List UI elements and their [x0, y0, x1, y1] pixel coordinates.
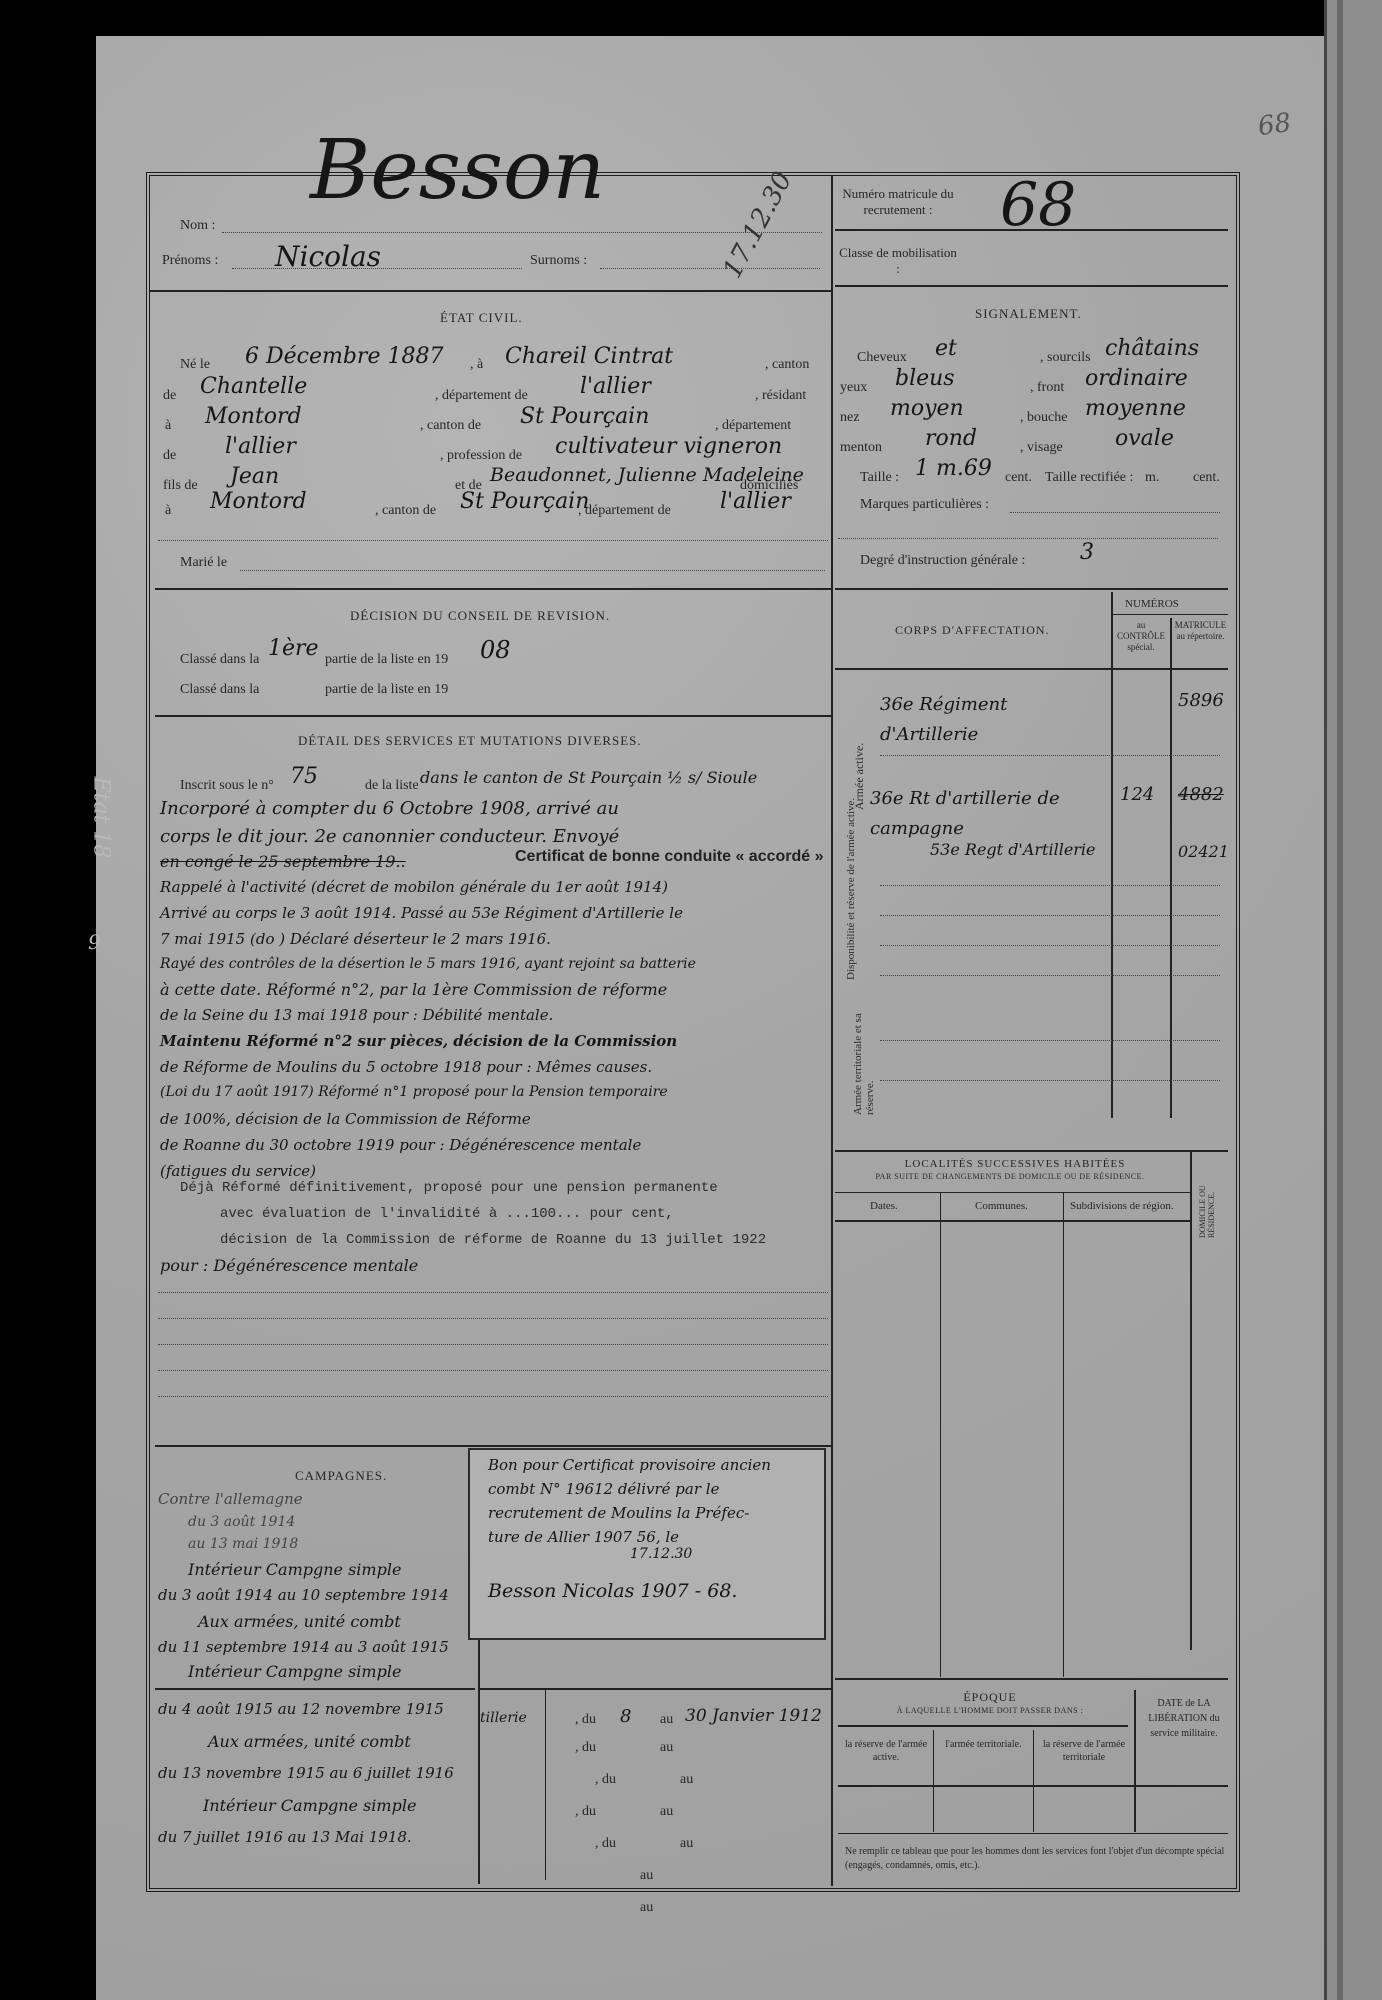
birth-departement-value: l'allier [580, 374, 651, 399]
classe2-mid-label: partie de la liste en 19 [325, 682, 448, 698]
localites-subtitle: PAR SUITE DE CHANGEMENTS DE DOMICILE OU … [845, 1172, 1175, 1181]
matricule-col-label: MATRICULE au répertoire. [1173, 620, 1228, 642]
du-label: , du [595, 1772, 616, 1788]
surname-label: Nom : [180, 218, 215, 234]
campagne-line: Aux armées, unité combt [198, 1612, 401, 1631]
controle-entry: 124 [1120, 784, 1154, 805]
au-label: au [660, 1804, 673, 1820]
surname-value: Besson [310, 130, 605, 212]
eyebrows-label: , sourcils [1040, 350, 1091, 366]
nose-label: nez [840, 410, 859, 426]
nicknames-label: Surnoms : [530, 253, 587, 269]
certificate-note-box: Bon pour Certificat provisoire ancien co… [468, 1448, 826, 1640]
conseil-title: DÉCISION DU CONSEIL DE REVISION. [350, 608, 610, 624]
campagne-line: du 11 septembre 1914 au 3 août 1915 [158, 1638, 449, 1656]
service-line: Incorporé à compter du 6 Octobre 1908, a… [160, 798, 619, 819]
au-label: au [640, 1900, 653, 1916]
periode-du-value: 8 [620, 1706, 631, 1727]
birth-place-value: Chareil Cintrat [505, 344, 673, 369]
residant-label: , résidant [755, 388, 806, 404]
au-label: au [680, 1836, 693, 1852]
localites-col-subdivisions: Subdivisions de région. [1070, 1200, 1174, 1212]
eyebrows-value: châtains [1105, 336, 1199, 361]
campagne-line: du 3 août 1914 [188, 1514, 295, 1530]
section-disponibilite: Disponibilité et réserve de l'armée acti… [845, 790, 857, 980]
note-line: combt N° 19612 délivré par le [488, 1480, 719, 1498]
classe-label: Classe de mobilisation : [838, 245, 958, 277]
education-label: Degré d'instruction générale : [860, 553, 1025, 569]
departement3-label: , département de [578, 503, 671, 519]
inscrit-value: 75 [290, 764, 318, 789]
services-title: DÉTAIL DES SERVICES ET MUTATIONS DIVERSE… [298, 733, 642, 749]
cent-label: cent. [1005, 470, 1032, 486]
epoque-col-territoriale: l'armée territoriale. [936, 1738, 1031, 1751]
birth-place-label: , à [470, 357, 483, 373]
note-line: Besson Nicolas 1907 - 68. [488, 1580, 737, 1602]
eyes-value: bleus [895, 366, 955, 391]
m-label: m. [1145, 470, 1159, 486]
adjacent-page-edge [1324, 0, 1382, 2000]
liste-label: de la liste [365, 778, 419, 794]
service-line: Arrivé au corps le 3 août 1914. Passé au… [160, 904, 683, 922]
section-territoriale: Armée territoriale et sa réserve. [852, 1000, 876, 1115]
canton-label: , canton [765, 357, 809, 373]
marks-label: Marques particulières : [860, 497, 989, 513]
height-value: 1 m.69 [915, 456, 992, 481]
father-value: Jean [230, 464, 279, 489]
inscrit-label: Inscrit sous le n° [180, 778, 274, 794]
profession-label: , profession de [440, 448, 522, 464]
de-label: de [163, 388, 176, 404]
chin-label: menton [840, 440, 882, 456]
residence-departement-value: l'allier [225, 434, 296, 459]
epoque-footnote: Ne remplir ce tableau que pour les homme… [845, 1845, 1225, 1873]
certificat-stamp: Certificat de bonne conduite « accordé » [515, 848, 824, 866]
classe1-mid-label: partie de la liste en 19 [325, 652, 448, 668]
controle-col-label: au CONTRÔLE spécial. [1114, 620, 1168, 653]
birth-canton-value: Chantelle [200, 374, 307, 399]
corps-entry: 36e Rt d'artillerie de campagne [870, 784, 1100, 844]
mouth-label: , bouche [1020, 410, 1067, 426]
hair-label: Cheveux [857, 350, 907, 366]
note-line: Bon pour Certificat provisoire ancien [488, 1456, 771, 1474]
matricule-label: Numéro matricule du recrutement : [838, 186, 958, 218]
departement2-label: , département [715, 418, 791, 434]
campagne-line: Intérieur Campgne simple [203, 1796, 416, 1815]
epoque-title: ÉPOQUE [840, 1690, 1140, 1705]
departement-label: , département de [435, 388, 528, 404]
note-line: recrutement de Moulins la Préfec- [488, 1504, 749, 1522]
epoque-col-reserve-active: la réserve de l'armée active. [840, 1738, 932, 1764]
canton3-label: , canton de [375, 503, 436, 519]
service-line: à cette date. Réformé n°2, par la 1ère C… [160, 980, 667, 999]
forehead-label: , front [1030, 380, 1064, 396]
profession-value: cultivateur vigneron [555, 434, 782, 459]
reforme-stamp-line: pour : Dégénérescence mentale [160, 1256, 418, 1275]
born-label: Né le [180, 357, 210, 373]
service-line: de Réforme de Moulins du 5 octobre 1918 … [160, 1058, 652, 1076]
periode-corps: tillerie [480, 1710, 527, 1726]
parents-domicile-value: Montord [210, 489, 307, 514]
campagne-line: du 13 novembre 1915 au 6 juillet 1916 [158, 1764, 454, 1782]
reforme-stamp-line: avec évaluation de l'invalidité à ...100… [220, 1206, 674, 1222]
corner-note: 68 [1256, 108, 1293, 142]
canton2-label: , canton de [420, 418, 481, 434]
etat-civil-title: ÉTAT CIVIL. [440, 310, 523, 326]
eyes-label: yeux [840, 380, 867, 396]
first-names-label: Prénoms : [162, 253, 218, 269]
service-line: de 100%, décision de la Commission de Ré… [160, 1110, 531, 1128]
matricule-entry: 5896 [1178, 690, 1224, 711]
campagne-line: du 7 juillet 1916 au 13 Mai 1918. [158, 1828, 412, 1846]
service-line: Rayé des contrôles de la désertion le 5 … [160, 956, 696, 972]
service-line: Maintenu Réformé n°2 sur pièces, décisio… [160, 1032, 677, 1050]
du-label: , du [595, 1836, 616, 1852]
au-label: au [680, 1772, 693, 1788]
service-line: (fatigues du service) [160, 1162, 316, 1180]
margin-note-2: 9 [88, 930, 101, 954]
face-value: ovale [1115, 426, 1174, 451]
liberation-date-title: DATE de LA LIBÉRATION du service militai… [1140, 1696, 1228, 1741]
au-label: au [660, 1740, 673, 1756]
localites-col-dates: Dates. [870, 1200, 898, 1212]
localites-title: LOCALITÉS SUCCESSIVES HABITÉES [865, 1158, 1165, 1170]
margin-note: Etat 18 [88, 777, 113, 859]
service-line: corps le dit jour. 2e canonnier conducte… [160, 826, 619, 847]
a3-label: à [165, 503, 171, 519]
service-line: de Roanne du 30 octobre 1919 pour : Dégé… [160, 1136, 641, 1154]
nose-value: moyen [890, 396, 964, 421]
classe1-partie-value: 1ère [268, 636, 319, 661]
du-label: , du [575, 1740, 596, 1756]
corps-title: CORPS D'AFFECTATION. [895, 623, 1050, 638]
face-label: , visage [1020, 440, 1063, 456]
de2-label: de [163, 448, 176, 464]
reforme-stamp-line: Déjà Réformé définitivement, proposé pou… [180, 1180, 718, 1196]
localites-col-communes: Communes. [975, 1200, 1028, 1212]
classe1-label: Classé dans la [180, 652, 259, 668]
married-label: Marié le [180, 555, 227, 571]
height-label: Taille : [860, 470, 899, 486]
service-line: de la Seine du 13 mai 1918 pour : Débili… [160, 1006, 553, 1024]
a-label: à [165, 418, 171, 434]
service-line: dans le canton de St Pourçain ½ s/ Sioul… [420, 768, 757, 787]
corps-entry: 36e Régiment d'Artillerie [880, 690, 1100, 750]
forehead-value: ordinaire [1085, 366, 1188, 391]
reforme-stamp-line: décision de la Commission de réforme de … [220, 1232, 766, 1248]
hair-value: et [935, 336, 957, 361]
matricule-entry: 02421 [1178, 842, 1229, 861]
note-line: 17.12.30 [630, 1546, 692, 1562]
du-label: , du [575, 1804, 596, 1820]
campagne-line: Contre l'allemagne [158, 1490, 303, 1508]
campagne-line: du 4 août 1915 au 12 novembre 1915 [158, 1700, 444, 1718]
service-line: (Loi du 17 août 1917) Réformé n°1 propos… [160, 1084, 668, 1100]
au-label: au [660, 1712, 673, 1728]
note-line: ture de Allier 1907 56, le [488, 1528, 679, 1546]
cent2-label: cent. [1193, 470, 1220, 486]
service-line: Rappelé à l'activité (décret de mobilon … [160, 878, 668, 896]
periode-au-value: 30 Janvier 1912 [685, 1706, 822, 1726]
residence-canton-value: St Pourçain [520, 404, 649, 429]
campagne-line: Aux armées, unité combt [208, 1732, 411, 1751]
residence-value: Montord [205, 404, 302, 429]
epoque-col-reserve-territoriale: la réserve de l'armée territoriale [1036, 1738, 1132, 1764]
campagne-line: du 3 août 1914 au 10 septembre 1914 [158, 1586, 449, 1604]
father-label: fils de [163, 478, 198, 494]
parents-departement-value: l'allier [720, 489, 791, 514]
birth-date-value: 6 Décembre 1887 [245, 344, 443, 369]
signalement-title: SIGNALEMENT. [975, 306, 1082, 322]
service-line: 7 mai 1915 (do ) Déclaré déserteur le 2 … [160, 930, 551, 948]
campagne-line: au 13 mai 1918 [188, 1536, 298, 1552]
epoque-subtitle: À LAQUELLE L'HOMME DOIT PASSER DANS : [840, 1706, 1140, 1715]
du-label: , du [575, 1712, 596, 1728]
service-line: en congé le 25 septembre 19.. [160, 852, 406, 871]
education-value: 3 [1080, 540, 1094, 565]
mouth-value: moyenne [1085, 396, 1186, 421]
classe1-year-value: 08 [480, 636, 511, 664]
campagnes-title: CAMPAGNES. [295, 1468, 387, 1484]
corrected-height-label: Taille rectifiée : [1045, 470, 1133, 486]
numeros-label: NUMÉROS [1125, 598, 1179, 610]
matricule-entry: 4882 [1178, 784, 1224, 805]
classe2-label: Classé dans la [180, 682, 259, 698]
domicile-side-label: DOMICILE OU RÉSIDENCE. [1198, 1158, 1216, 1238]
campagne-line: Intérieur Campgne simple [188, 1560, 401, 1579]
campagne-line: Intérieur Campgne simple [188, 1662, 401, 1681]
parents-canton-value: St Pourçain [460, 489, 589, 514]
corps-entry: 53e Regt d'Artillerie [930, 840, 1096, 859]
au-label: au [640, 1868, 653, 1884]
chin-value: rond [925, 426, 977, 451]
